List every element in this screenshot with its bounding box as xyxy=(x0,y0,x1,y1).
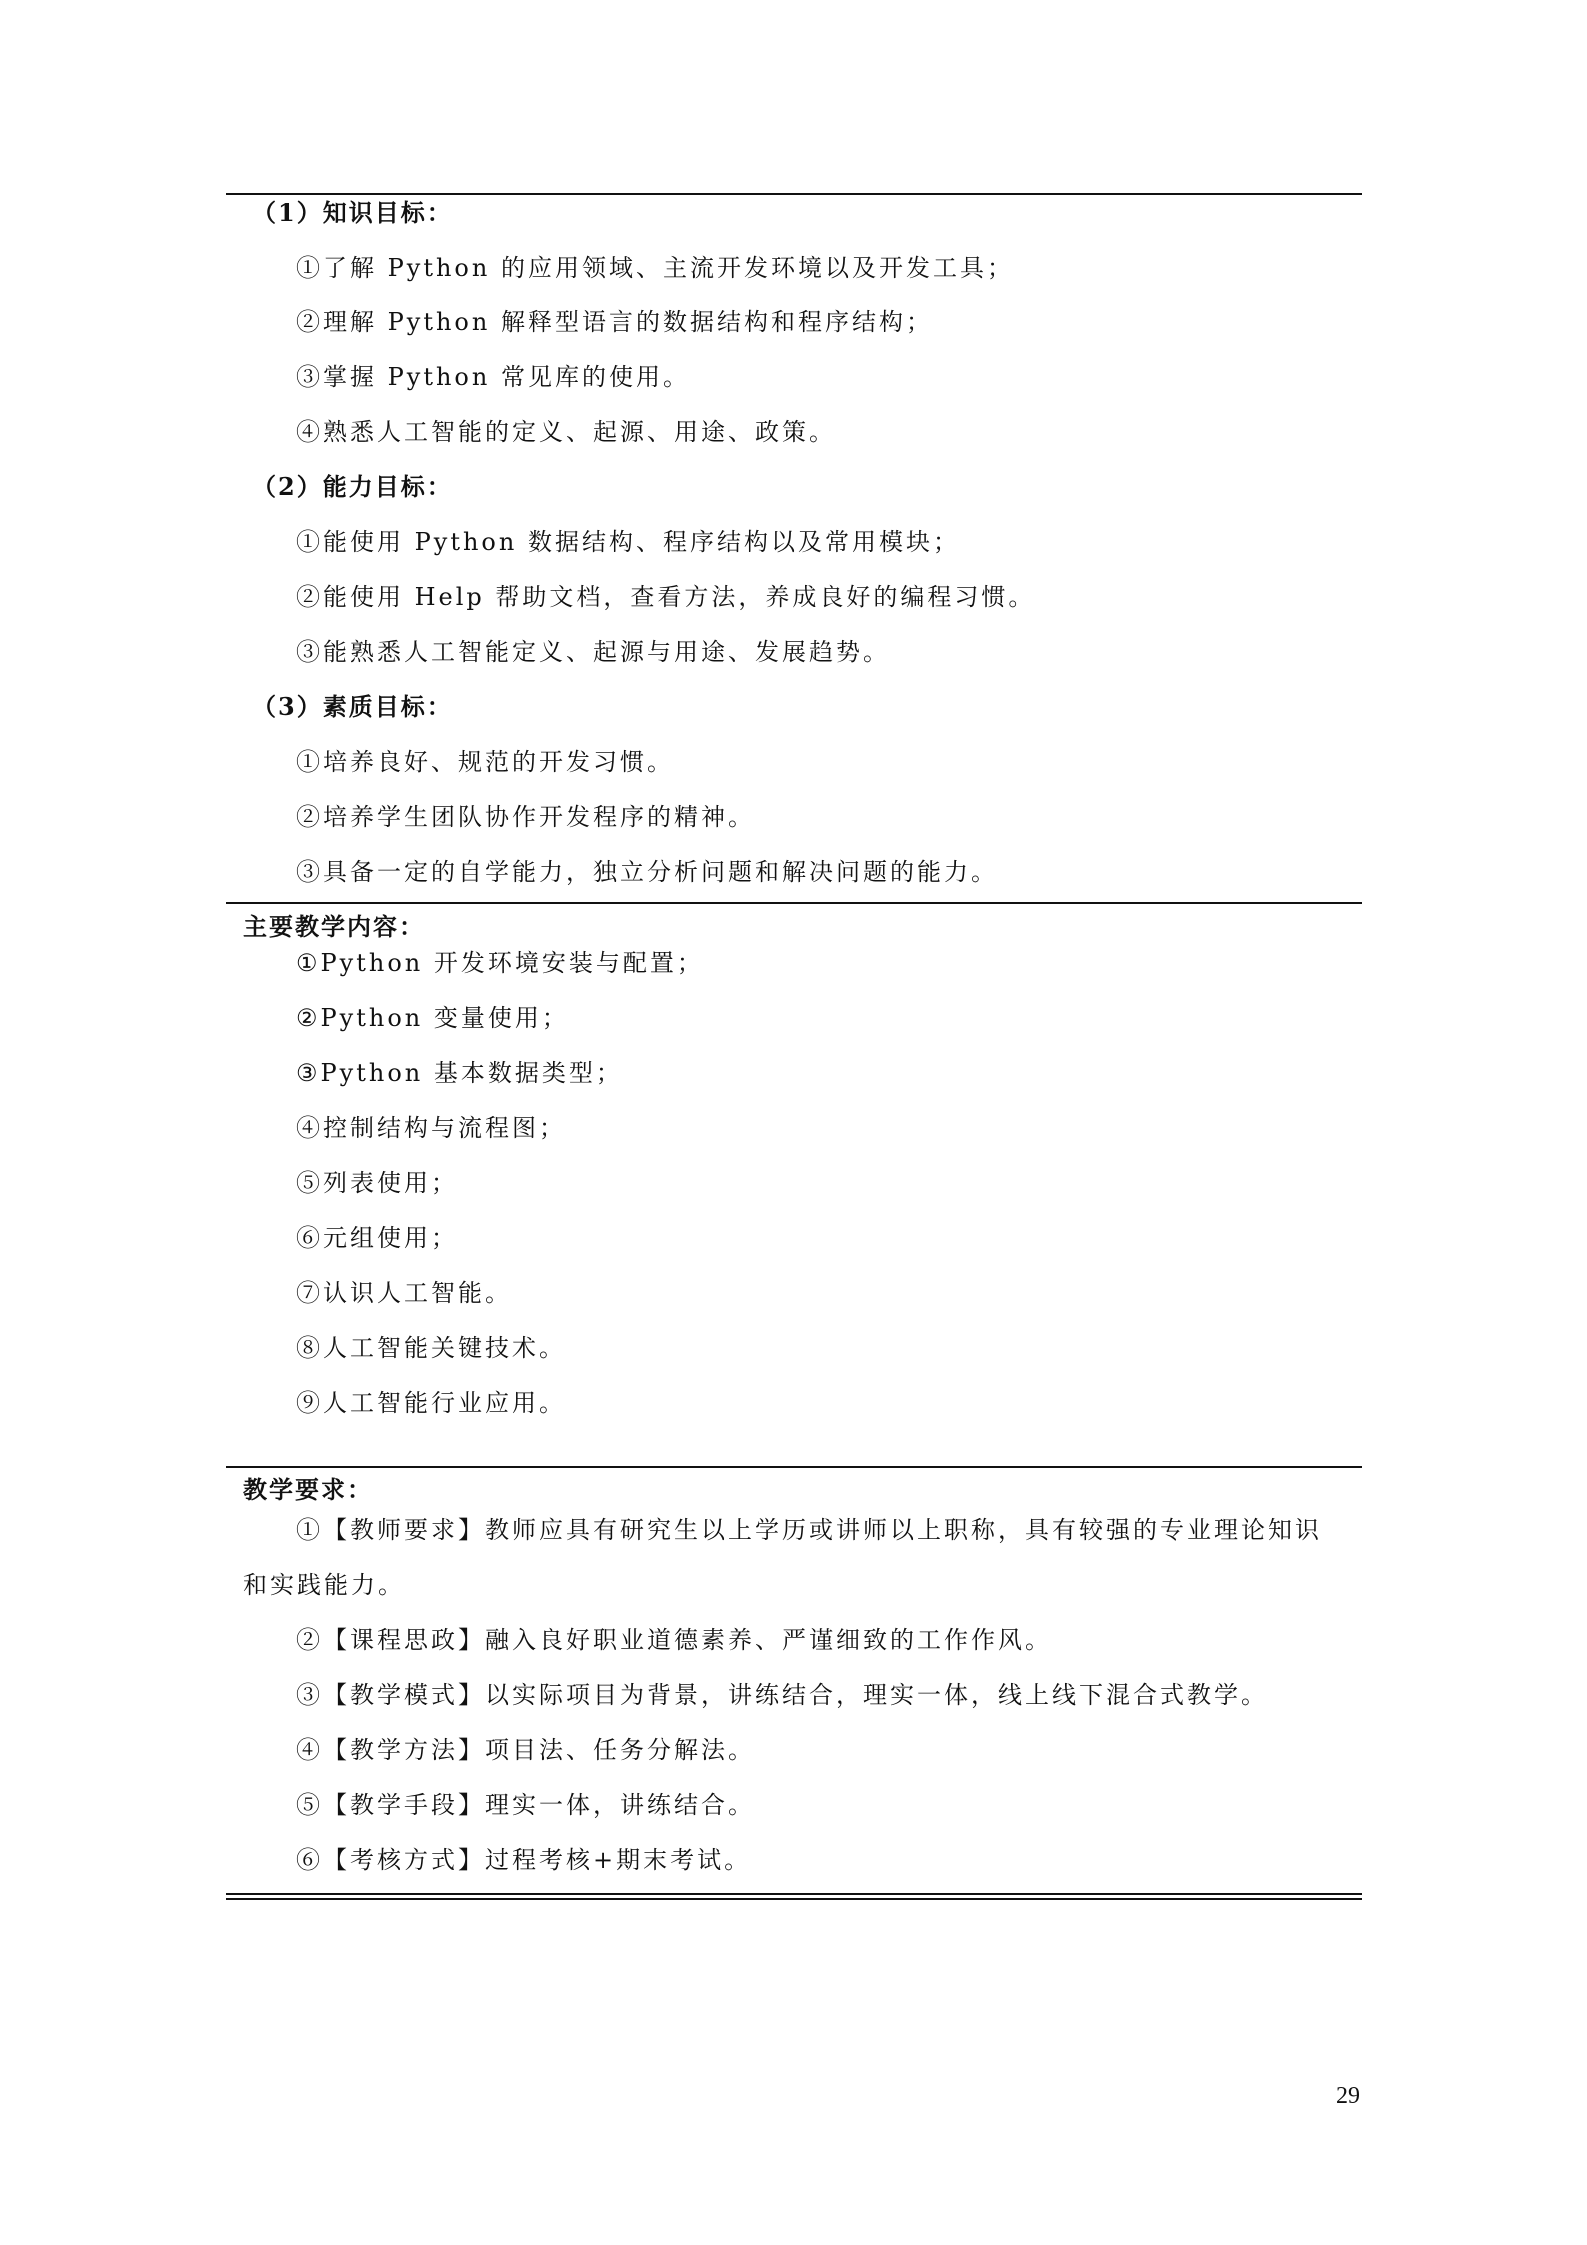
quality-objective-item: ①培养良好、规范的开发习惯。 xyxy=(296,747,674,777)
content-item: ⑦认识人工智能。 xyxy=(296,1278,512,1308)
requirement-item: ⑥【考核方式】过程考核+期末考试。 xyxy=(296,1845,751,1875)
ability-objective-item: ①能使用 Python 数据结构、程序结构以及常用模块； xyxy=(296,527,960,557)
content-item: ⑨人工智能行业应用。 xyxy=(296,1388,566,1418)
quality-objective-item: ③具备一定的自学能力，独立分析问题和解决问题的能力。 xyxy=(296,857,998,887)
requirement-item: ②【课程思政】融入良好职业道德素养、严谨细致的工作作风。 xyxy=(296,1625,1052,1655)
requirement-item: ④【教学方法】项目法、任务分解法。 xyxy=(296,1735,755,1765)
requirement-item: ③【教学模式】以实际项目为背景，讲练结合，理实一体，线上线下混合式教学。 xyxy=(296,1680,1268,1710)
content-item: ①Python 开发环境安装与配置； xyxy=(296,948,704,978)
quality-objective-item: ②培养学生团队协作开发程序的精神。 xyxy=(296,802,755,832)
knowledge-objective-item: ③掌握 Python 常见库的使用。 xyxy=(296,362,690,392)
table-bottom-rule-lower xyxy=(226,1898,1362,1900)
table-top-rule xyxy=(226,193,1362,195)
table-bottom-rule-upper xyxy=(226,1893,1362,1895)
content-item: ②Python 变量使用； xyxy=(296,1003,569,1033)
content-item: ⑧人工智能关键技术。 xyxy=(296,1333,566,1363)
quality-objectives-heading: （3）素质目标： xyxy=(252,692,453,722)
knowledge-objective-item: ④熟悉人工智能的定义、起源、用途、政策。 xyxy=(296,417,836,447)
content-item: ④控制结构与流程图； xyxy=(296,1113,566,1143)
requirement-item: ①【教师要求】教师应具有研究生以上学历或讲师以上职称，具有较强的专业理论知识 xyxy=(296,1515,1322,1545)
content-item: ③Python 基本数据类型； xyxy=(296,1058,623,1088)
section-rule xyxy=(226,902,1362,904)
content-item: ⑤列表使用； xyxy=(296,1168,458,1198)
page-number: 29 xyxy=(1336,2083,1360,2110)
content-heading: 主要教学内容： xyxy=(243,912,425,942)
knowledge-objective-item: ②理解 Python 解释型语言的数据结构和程序结构； xyxy=(296,307,933,337)
ability-objectives-heading: （2）能力目标： xyxy=(252,472,453,502)
requirements-heading: 教学要求： xyxy=(243,1475,373,1505)
ability-objective-item: ②能使用 Help 帮助文档，查看方法，养成良好的编程习惯。 xyxy=(296,582,1035,612)
requirement-item-continuation: 和实践能力。 xyxy=(243,1570,405,1600)
section-rule xyxy=(226,1466,1362,1468)
knowledge-objective-item: ①了解 Python 的应用领域、主流开发环境以及开发工具； xyxy=(296,253,1014,283)
knowledge-objectives-heading: （1）知识目标： xyxy=(252,198,453,228)
content-item: ⑥元组使用； xyxy=(296,1223,458,1253)
ability-objective-item: ③能熟悉人工智能定义、起源与用途、发展趋势。 xyxy=(296,637,890,667)
requirement-item: ⑤【教学手段】理实一体，讲练结合。 xyxy=(296,1790,755,1820)
